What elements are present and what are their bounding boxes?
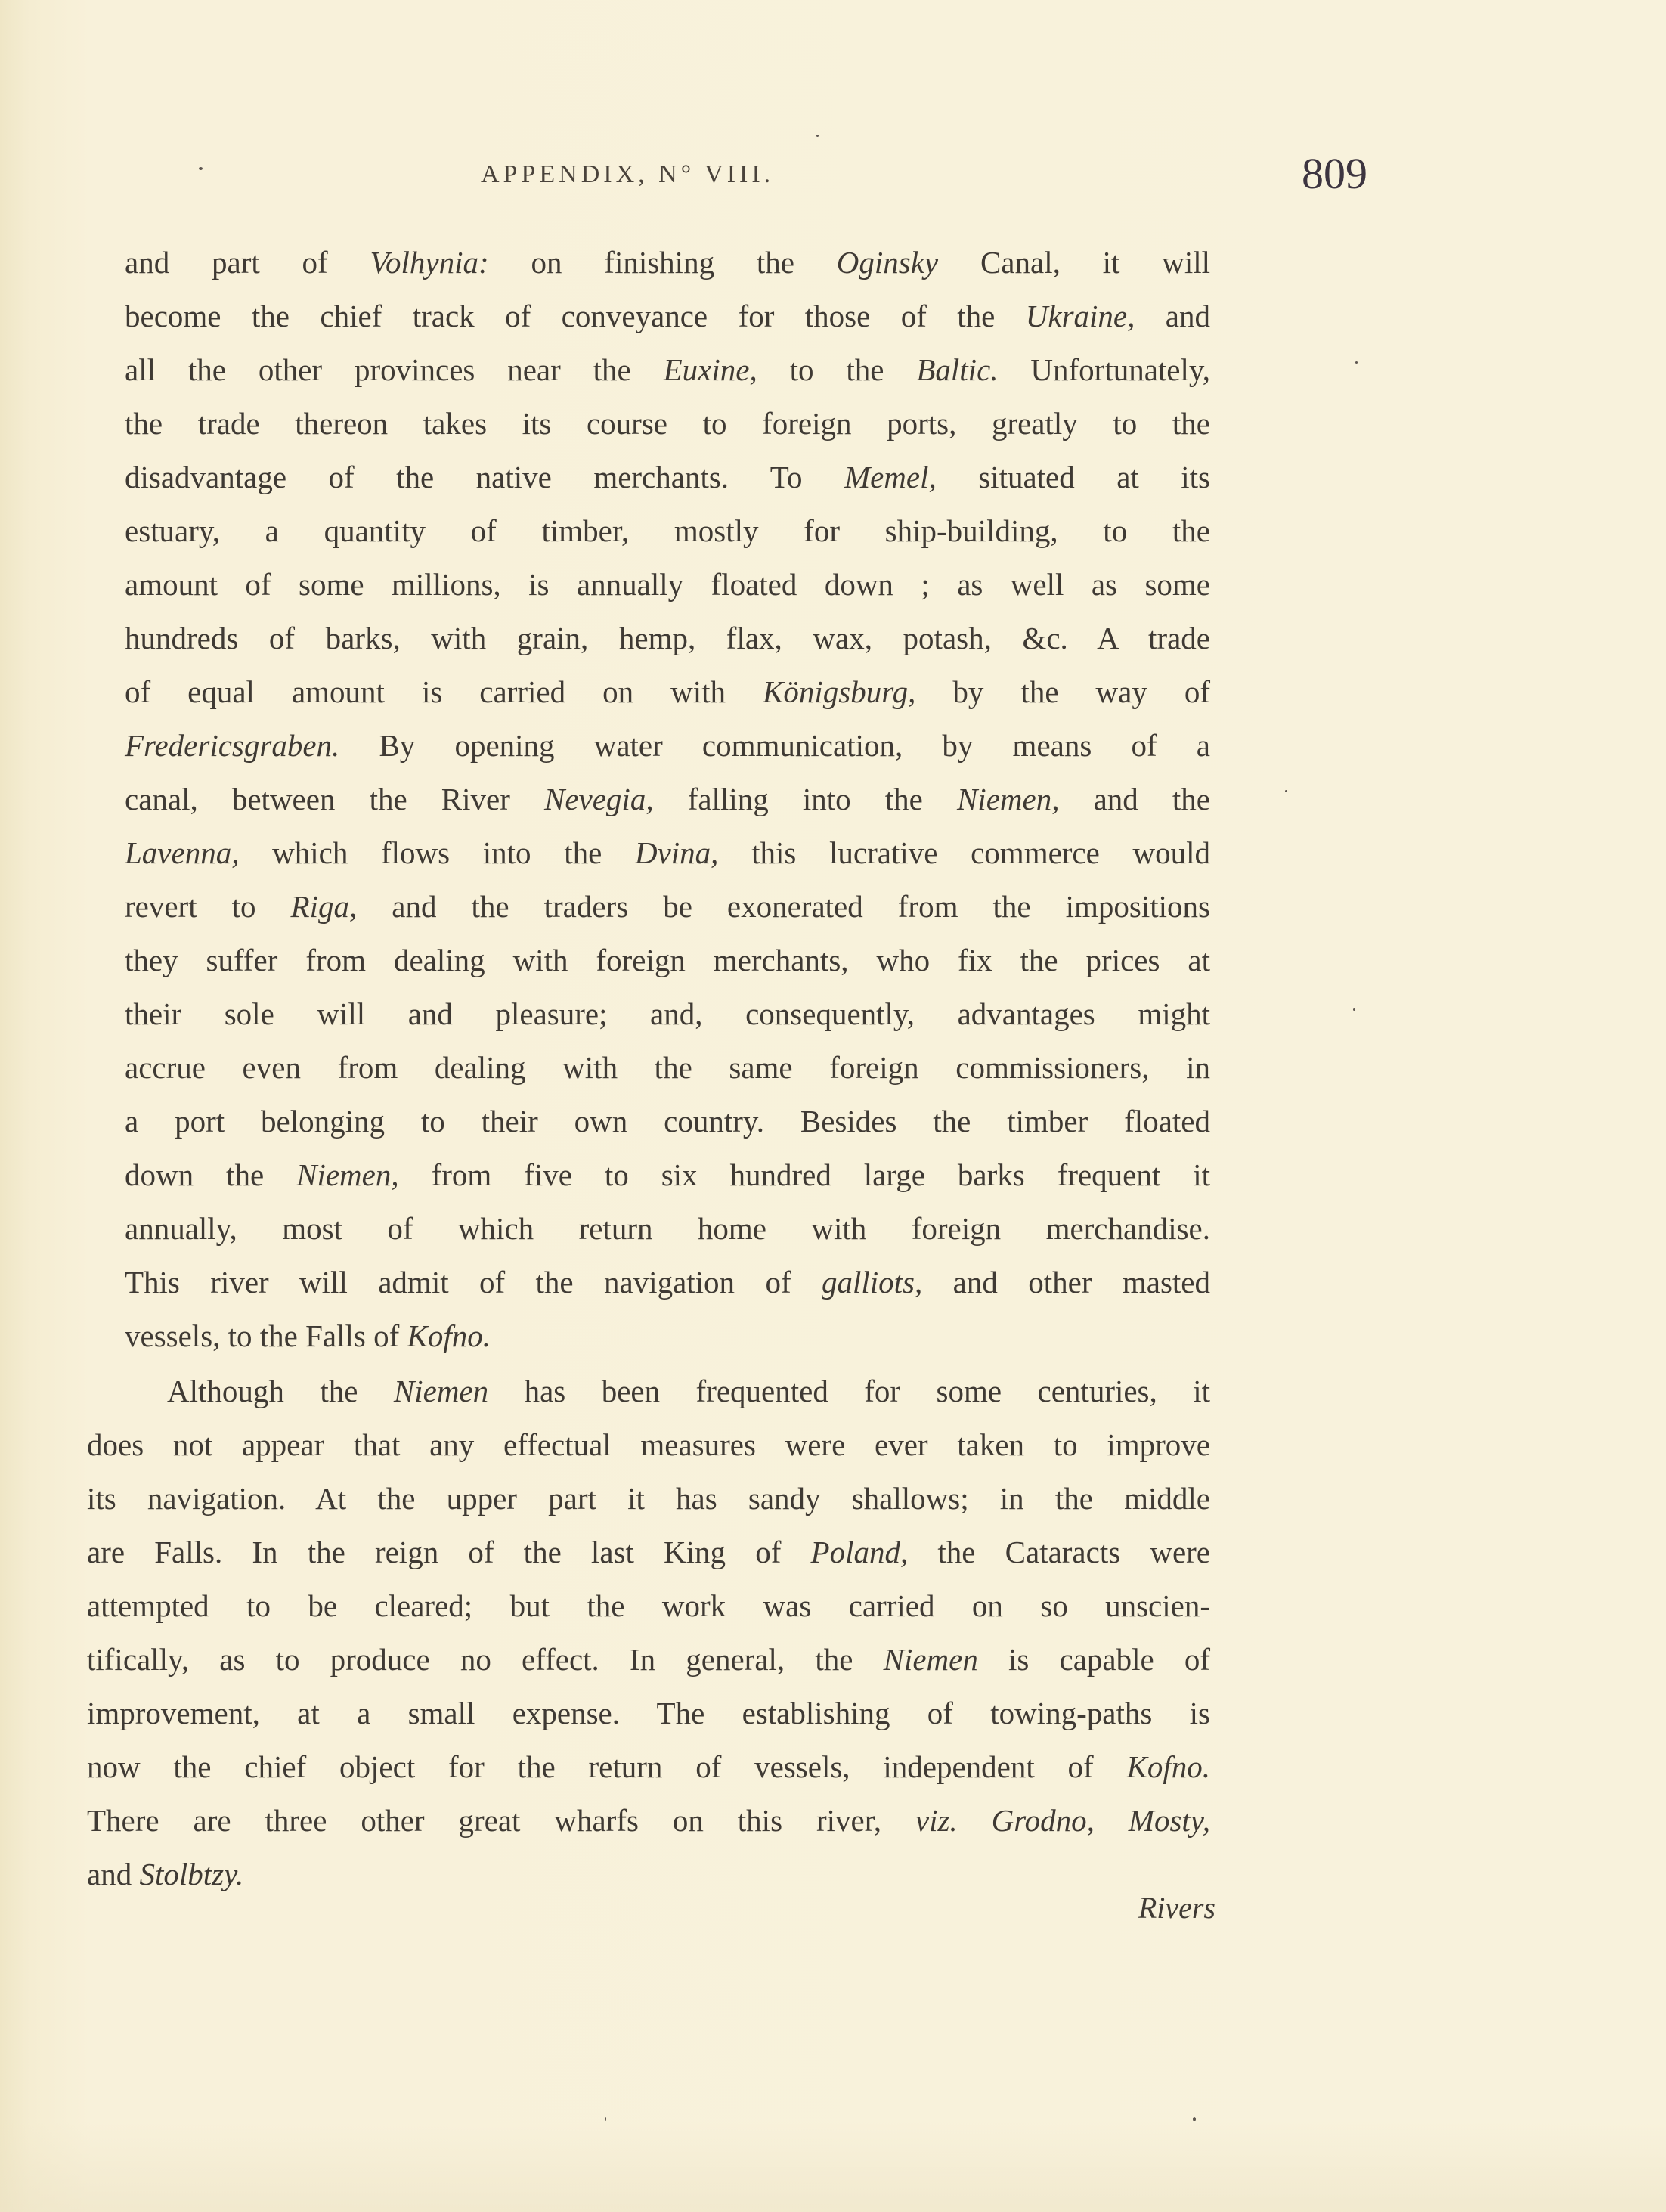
text-line: and Stolbtzy. bbox=[87, 1848, 1210, 1901]
italic-term: Ukraine, bbox=[1026, 299, 1135, 333]
text-run: improvement, at a small expense. The est… bbox=[87, 1696, 1210, 1730]
text-run: falling into the bbox=[654, 782, 957, 816]
text-line: their sole will and pleasure; and, conse… bbox=[125, 987, 1210, 1041]
italic-term: Kofno. bbox=[1127, 1749, 1211, 1784]
paper-speck bbox=[199, 167, 203, 170]
text-run: tifically, as to produce no effect. In g… bbox=[87, 1642, 884, 1677]
text-run: hundreds of barks, with grain, hemp, fla… bbox=[125, 621, 1210, 655]
italic-term: Kofno. bbox=[407, 1318, 491, 1353]
paper-speck bbox=[1353, 1008, 1355, 1011]
text-line: This river will admit of the navigation … bbox=[125, 1256, 1210, 1309]
italic-term: Baltic. bbox=[916, 352, 998, 387]
text-line: revert to Riga, and the traders be exone… bbox=[125, 880, 1210, 934]
text-run: by the way of bbox=[915, 674, 1210, 709]
body-text: and part of Volhynia: on finishing the O… bbox=[125, 236, 1210, 1901]
text-line: amount of some millions, is annually flo… bbox=[125, 558, 1210, 612]
text-line: There are three other great wharfs on th… bbox=[87, 1794, 1210, 1848]
book-page: APPENDIX, N° VIII. 809 and part of Volhy… bbox=[0, 0, 1666, 2212]
text-run: amount of some millions, is annually flo… bbox=[125, 567, 1210, 602]
text-run: now the chief object for the return of v… bbox=[87, 1749, 1127, 1784]
text-run: the trade thereon takes its course to fo… bbox=[125, 406, 1210, 441]
text-run: of equal amount is carried on with bbox=[125, 674, 763, 709]
text-line: attempted to be cleared; but the work wa… bbox=[87, 1579, 1210, 1633]
italic-term: Königsburg, bbox=[763, 674, 915, 709]
text-run: attempted to be cleared; but the work wa… bbox=[87, 1588, 1210, 1623]
text-run: down the bbox=[125, 1157, 296, 1192]
text-run: from five to six hundred large barks fre… bbox=[399, 1157, 1210, 1192]
text-line: annually, most of which return home with… bbox=[125, 1202, 1210, 1256]
italic-term: Riga, bbox=[291, 889, 358, 924]
text-run: their sole will and pleasure; and, conse… bbox=[125, 996, 1210, 1031]
italic-term: Euxine, bbox=[664, 352, 757, 387]
italic-term: Oginsky bbox=[837, 245, 938, 280]
italic-term: Niemen bbox=[394, 1374, 488, 1408]
italic-term: galliots, bbox=[822, 1265, 922, 1300]
text-line: hundreds of barks, with grain, hemp, fla… bbox=[125, 612, 1210, 665]
text-run: this lucrative commerce would bbox=[718, 835, 1210, 870]
text-run: a port belonging to their own country. B… bbox=[125, 1104, 1210, 1139]
text-run: to the bbox=[757, 352, 917, 387]
paper-speck bbox=[816, 135, 819, 137]
text-run: and the traders be exonerated from the i… bbox=[357, 889, 1210, 924]
text-line: they suffer from dealing with foreign me… bbox=[125, 934, 1210, 987]
paper-speck bbox=[1193, 2117, 1196, 2121]
text-run: and bbox=[87, 1857, 139, 1891]
text-run: vessels, to the Falls of bbox=[125, 1318, 407, 1353]
text-run: By opening water communication, by means… bbox=[339, 728, 1210, 763]
text-line: Lavenna, which flows into the Dvina, thi… bbox=[125, 826, 1210, 880]
text-line: Although the Niemen has been frequented … bbox=[125, 1365, 1210, 1418]
text-line: estuary, a quantity of timber, mostly fo… bbox=[125, 504, 1210, 558]
text-run: which flows into the bbox=[239, 835, 635, 870]
paper-speck bbox=[1285, 790, 1287, 792]
text-line: and part of Volhynia: on finishing the O… bbox=[125, 236, 1210, 290]
text-run: and other masted bbox=[922, 1265, 1210, 1300]
text-run: disadvantage of the native merchants. To bbox=[125, 460, 844, 494]
italic-term: viz. Grodno, Mosty, bbox=[915, 1803, 1210, 1838]
italic-term: Stolbtzy. bbox=[139, 1857, 243, 1891]
text-run: estuary, a quantity of timber, mostly fo… bbox=[125, 513, 1210, 548]
text-run: revert to bbox=[125, 889, 291, 924]
text-run: and bbox=[1135, 299, 1210, 333]
text-run: is capable of bbox=[978, 1642, 1210, 1677]
text-line: tifically, as to produce no effect. In g… bbox=[87, 1633, 1210, 1687]
page-number: 809 bbox=[1302, 148, 1367, 199]
text-run: canal, between the River bbox=[125, 782, 544, 816]
text-run: situated at its bbox=[937, 460, 1210, 494]
paper-speck bbox=[1355, 361, 1358, 364]
text-run: annually, most of which return home with… bbox=[125, 1211, 1210, 1246]
text-line: vessels, to the Falls of Kofno. bbox=[125, 1309, 1210, 1363]
paper-speck bbox=[605, 2117, 606, 2121]
italic-term: Lavenna, bbox=[125, 835, 239, 870]
text-line: Fredericsgraben. By opening water commun… bbox=[125, 719, 1210, 773]
text-line: its navigation. At the upper part it has… bbox=[87, 1472, 1210, 1526]
text-run: There are three other great wharfs on th… bbox=[87, 1803, 915, 1838]
text-line: become the chief track of conveyance for… bbox=[125, 290, 1210, 343]
text-run: Although the bbox=[167, 1374, 394, 1408]
italic-term: Niemen, bbox=[296, 1157, 399, 1192]
catchword: Rivers bbox=[1119, 1890, 1215, 1925]
text-run: accrue even from dealing with the same f… bbox=[125, 1050, 1210, 1085]
text-line: improvement, at a small expense. The est… bbox=[87, 1687, 1210, 1740]
text-run: has been frequented for some centuries, … bbox=[488, 1374, 1210, 1408]
text-run: all the other provinces near the bbox=[125, 352, 664, 387]
text-run: the Cataracts were bbox=[908, 1535, 1210, 1569]
text-line: now the chief object for the return of v… bbox=[87, 1740, 1210, 1794]
text-line: disadvantage of the native merchants. To… bbox=[125, 451, 1210, 504]
italic-term: Niemen bbox=[884, 1642, 978, 1677]
text-run: does not appear that any effectual measu… bbox=[87, 1427, 1210, 1462]
text-run: become the chief track of conveyance for… bbox=[125, 299, 1026, 333]
text-line: of equal amount is carried on with König… bbox=[125, 665, 1210, 719]
text-line: a port belonging to their own country. B… bbox=[125, 1095, 1210, 1148]
text-line: all the other provinces near the Euxine,… bbox=[125, 343, 1210, 397]
italic-term: Niemen, bbox=[957, 782, 1060, 816]
text-line: accrue even from dealing with the same f… bbox=[125, 1041, 1210, 1095]
text-run: Unfortunately, bbox=[999, 352, 1210, 387]
italic-term: Fredericsgraben. bbox=[125, 728, 339, 763]
italic-term: Volhynia: bbox=[370, 245, 489, 280]
italic-term: Dvina, bbox=[635, 835, 718, 870]
text-line: the trade thereon takes its course to fo… bbox=[125, 397, 1210, 451]
text-run: Canal, it will bbox=[938, 245, 1210, 280]
text-run: are Falls. In the reign of the last King… bbox=[87, 1535, 811, 1569]
text-run: and the bbox=[1059, 782, 1210, 816]
italic-term: Memel, bbox=[844, 460, 937, 494]
text-run: This river will admit of the navigation … bbox=[125, 1265, 822, 1300]
italic-term: Nevegia, bbox=[544, 782, 654, 816]
running-title: APPENDIX, N° VIII. bbox=[481, 160, 774, 189]
text-run: on finishing the bbox=[489, 245, 837, 280]
text-line: are Falls. In the reign of the last King… bbox=[87, 1526, 1210, 1579]
text-line: does not appear that any effectual measu… bbox=[87, 1418, 1210, 1472]
text-run: they suffer from dealing with foreign me… bbox=[125, 943, 1210, 977]
text-run: and part of bbox=[125, 245, 370, 280]
text-line: down the Niemen, from five to six hundre… bbox=[125, 1148, 1210, 1202]
text-run: its navigation. At the upper part it has… bbox=[87, 1481, 1210, 1516]
text-line: canal, between the River Nevegia, fallin… bbox=[125, 773, 1210, 826]
italic-term: Poland, bbox=[811, 1535, 909, 1569]
